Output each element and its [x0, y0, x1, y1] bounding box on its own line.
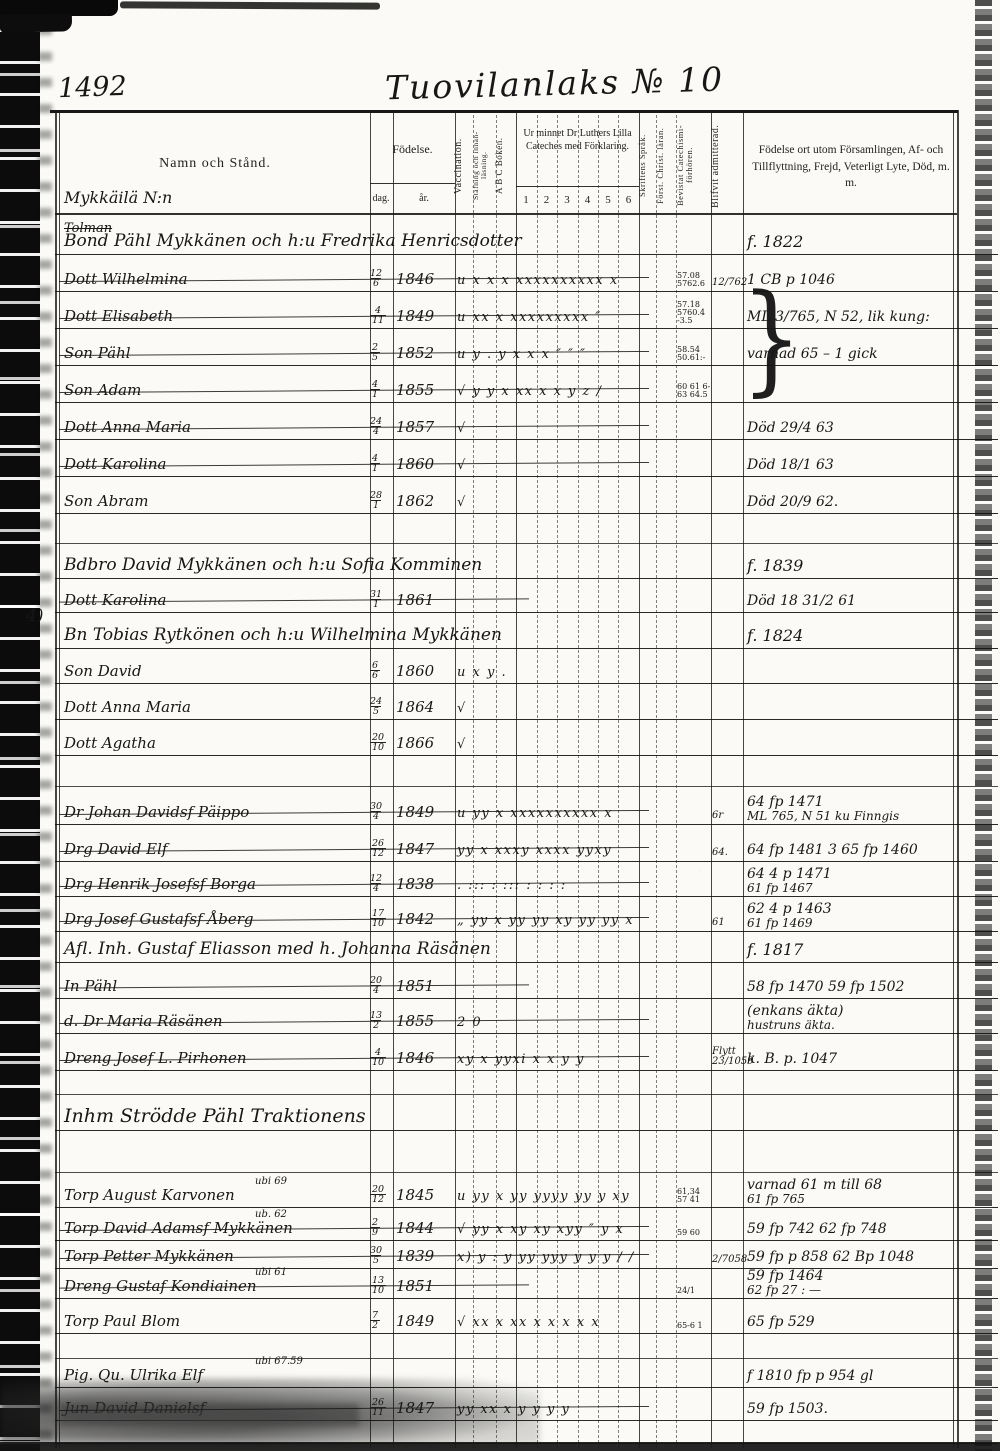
table-row: Dott Karolina411860√Död 18/1 63: [55, 439, 998, 477]
birth-day-cell: 2611: [370, 1388, 386, 1417]
birth-day-cell: 25: [370, 333, 380, 362]
birth-year-cell: 1849: [396, 307, 434, 325]
admitted-cell: 64.: [712, 848, 746, 858]
table-row: Dott Agatha20101866√: [55, 719, 998, 756]
person-name: Dott Agatha: [64, 734, 394, 752]
table-row: Dreng Gustaf Kondiainenubi 611310185124/…: [55, 1268, 998, 1299]
birth-year-cell: 1866: [396, 734, 434, 752]
blank-ruled-row: [55, 1420, 998, 1444]
header-christianity: Först. Christ. läran.: [656, 120, 676, 212]
examination-marks: „ yy x yy yy xy yy yy x: [457, 913, 642, 928]
catechism-attendance-numbers: 57.08 5762.6: [677, 272, 711, 288]
examination-marks: u yy x yy yyyy yy y xy: [457, 1189, 642, 1204]
remarks-cell-line2: 62 fp 27 : —: [747, 1283, 821, 1297]
birth-day-cell: 29: [370, 1208, 380, 1237]
birth-year-cell: 1862: [396, 492, 434, 510]
catechism-col-number: 1: [516, 194, 536, 206]
table-row: Dott Anna Maria2451864√: [55, 683, 998, 720]
birth-year-cell: 1860: [396, 662, 434, 680]
table-row: Son Abram2811862√Död 20/9 62.: [55, 476, 998, 514]
remarks-cell: 59 fp 1503.: [747, 1401, 828, 1417]
catechism-attendance-numbers: 58.54 50.61:-: [677, 346, 711, 362]
examination-marks: x) y : y yy yyy y y y / /: [457, 1250, 642, 1265]
table-row: Dott Wilhelmina1261846u x x x xxxxxxxxxx…: [55, 254, 998, 292]
examination-marks: u y . y x x x ″ ″ ″: [457, 347, 642, 362]
person-name: Bn Tobias Rytkönen och h:u Wilhelmina My…: [64, 625, 744, 645]
birth-day-cell: 304: [370, 792, 382, 821]
examination-marks: √ xx x xx x x x x x: [457, 1315, 642, 1330]
examination-marks: u x x x xxxxxxxxxx x: [457, 273, 642, 288]
examination-marks: √ yy x xy xy xyy ″ y x: [457, 1222, 642, 1237]
remarks-cell: 64 fp 1471: [747, 794, 824, 810]
binding-ragged-edge: [38, 0, 52, 1451]
village-heading: Mykkäilä N:n: [64, 188, 172, 207]
birth-year-cell: 1855: [396, 381, 434, 399]
blank-ruled-row: [55, 755, 998, 787]
remarks-cell: 62 4 p 1463: [747, 901, 832, 917]
table-row: In Pähl204185158 fp 1470 59 fp 1502: [55, 962, 998, 999]
table-top-border: [50, 110, 958, 113]
birth-year-cell: 1851: [396, 1277, 434, 1295]
table-row: Pig. Qu. Ulrika Elfubi 67.59f 1810 fp p …: [55, 1358, 998, 1388]
remarks-cell: varnad 61 m till 68: [747, 1177, 882, 1193]
examination-marks: yy xx x y y y y: [457, 1402, 642, 1417]
catechism-col-number: 5: [598, 194, 618, 206]
remarks-cell: Död 18/1 63: [747, 457, 834, 473]
examination-marks: u yy x xxxxxxxxxx x: [457, 806, 642, 821]
birth-day-cell: 204: [370, 966, 382, 995]
table-row: Dott Karolina3111861Död 18 31/2 61: [55, 578, 998, 613]
blank-ruled-row: [55, 513, 998, 544]
catechism-attendance-numbers: 61,34 57 41: [677, 1188, 711, 1204]
remarks-cell: k. B. p. 1047: [747, 1051, 837, 1067]
birth-year-cell: 1864: [396, 698, 434, 716]
table-row: Dott Anna Maria2441857√Död 29/4 63: [55, 402, 998, 440]
blank-ruled-row: [55, 1070, 998, 1095]
birth-day-cell: 2010: [370, 723, 386, 752]
page-number: 1492: [57, 71, 127, 104]
remarks-cell: 65 fp 529: [747, 1314, 815, 1330]
blank-ruled-row: [55, 1333, 998, 1359]
remarks-cell-line2: 61 fp 1467: [747, 881, 813, 895]
name-annotation: ubi 61: [255, 1267, 287, 1278]
table-row: Son Pähl251852u y . y x x x ″ ″ ″58.54 5…: [55, 328, 998, 366]
blank-ruled-row: [55, 1130, 998, 1173]
birth-day-cell: 124: [370, 864, 382, 893]
birth-year-cell: 1855: [396, 1012, 434, 1030]
name-annotation: ubi 67.59: [255, 1356, 303, 1367]
catechism-attendance-numbers: 24/1: [677, 1287, 711, 1295]
remarks-cell: Död 29/4 63: [747, 420, 834, 436]
table-row: Bdbro David Mykkänen och h:u Sofia Kommi…: [55, 543, 998, 579]
examination-marks: u x y .: [457, 665, 642, 680]
person-name: Torp Paul Blom: [64, 1312, 394, 1330]
header-script-language: Skriftens Språk.: [638, 120, 656, 212]
birth-day-cell: 281: [370, 481, 382, 510]
remarks-cell: 59 fp 1464: [747, 1268, 824, 1284]
remarks-cell: f. 1822: [747, 232, 803, 251]
remarks-cell: Död 20/9 62.: [747, 494, 838, 510]
examination-marks: √ y y x xx x x y z /: [457, 384, 642, 399]
remarks-cell: f. 1839: [747, 556, 803, 575]
person-name: Bdbro David Mykkänen och h:u Sofia Kommi…: [64, 555, 744, 575]
header-birth: Födelse.: [370, 142, 455, 157]
table-row: Torp Paul Blom721849√ xx x xx x x x x x6…: [55, 1298, 998, 1334]
birth-day-cell: 66: [370, 651, 380, 680]
remarks-cell: f. 1817: [747, 940, 803, 959]
header-notes-column: Födelse ort utom Församlingen, Af- och T…: [748, 142, 954, 192]
examination-marks: √: [457, 421, 642, 436]
examination-marks: yy x xxxy xxxx yyxy: [457, 843, 642, 858]
birth-year-cell: 1838: [396, 875, 434, 893]
table-row: Dreng Josef L. Pirhonen4101846xy x yyxi …: [55, 1033, 998, 1071]
catechism-attendance-numbers: 65-6 1: [677, 1322, 711, 1330]
birth-year-cell: 1849: [396, 1312, 434, 1330]
birth-day-cell: 245: [370, 687, 382, 716]
admitted-cell: Flytt 23/1059: [712, 1047, 746, 1067]
table-row: Drg Josef Gustafsf Åberg17101842„ yy x y…: [55, 896, 998, 932]
remarks-cell: (enkans äkta): [747, 1003, 844, 1019]
birth-year-cell: 1860: [396, 455, 434, 473]
birth-day-cell: 41: [370, 444, 380, 473]
person-name: Son Abram: [64, 492, 394, 510]
table-row: Torp David Adamsf Mykkänenub. 62291844√ …: [55, 1207, 998, 1241]
examination-marks: √: [457, 701, 642, 716]
birth-day-cell: 411: [370, 296, 386, 325]
birth-year-cell: 1842: [396, 910, 434, 928]
table-row: Drg David Elf26121847yy x xxxy xxxx yyxy…: [55, 824, 998, 862]
birth-day-cell: 72: [370, 1301, 380, 1330]
catechism-attendance-numbers: 57.18 5760.4 -3.5: [677, 301, 711, 325]
examination-marks: 2 0: [457, 1015, 642, 1030]
catechism-attendance-numbers: 60 61 6- 63 64.5: [677, 383, 711, 399]
header-birth-day: dag.: [368, 193, 394, 204]
section-heading-row: Inhm Strödde Pähl Traktionens: [55, 1094, 998, 1131]
table-row: Dott Elisabeth4111849u xx x xxxxxxxxx ″5…: [55, 291, 998, 329]
birth-day-cell: 305: [370, 1236, 382, 1265]
table-row: Bn Tobias Rytkönen och h:u Wilhelmina My…: [55, 612, 998, 649]
birth-year-cell: 1847: [396, 1399, 434, 1417]
person-name: Dott Anna Maria: [64, 698, 394, 716]
table-row: Torp Petter Mykkänen3051839x) y : y yy y…: [55, 1240, 998, 1269]
birth-year-cell: 1846: [396, 270, 434, 288]
remarks-cell-line2: 61 fp 765: [747, 1192, 805, 1206]
birth-year-cell: 1852: [396, 344, 434, 362]
remarks-cell: 64 fp 1481 3 65 fp 1460: [747, 842, 918, 858]
birth-year-cell: 1851: [396, 977, 434, 995]
admitted-cell: 2/7058: [712, 1255, 746, 1265]
header-admitted: Blifvit admitterad.: [711, 120, 743, 212]
catechism-col-number: 3: [557, 194, 577, 206]
table-row: d. Dr Maria Räsänen13218552 0(enkans äkt…: [55, 998, 998, 1034]
header-attended-examinations: Bevistat Catechismi- förhören.: [676, 118, 711, 213]
birth-year-cell: 1849: [396, 803, 434, 821]
remarks-cell: 58 fp 1470 59 fp 1502: [747, 979, 904, 995]
birth-day-cell: 311: [370, 580, 382, 609]
table-row: Son David661860u x y .: [55, 648, 998, 684]
name-annotation: ubi 69: [255, 1176, 287, 1187]
header-name-column: Namn och Stånd.: [80, 156, 350, 172]
person-name: Torp August Karvonen: [64, 1186, 394, 1204]
birth-year-cell: 1839: [396, 1247, 434, 1265]
scan-ink-blob: [120, 1, 380, 9]
remarks-cell: 64 4 p 1471: [747, 866, 832, 882]
birth-day-cell: 132: [370, 1001, 382, 1030]
table-row: Jun David Danielsf26111847yy xx x y y y …: [55, 1387, 998, 1421]
remarks-cell: 1 CB p 1046: [747, 272, 835, 288]
examination-marks: u xx x xxxxxxxxx ″: [457, 310, 642, 325]
birth-day-cell: 126: [370, 259, 382, 288]
birth-day-cell: 2612: [370, 829, 386, 858]
admitted-cell: 12/762: [712, 278, 746, 288]
person-name: Son David: [64, 662, 394, 680]
margin-note: 4): [26, 606, 43, 626]
birth-day-cell: 410: [370, 1038, 386, 1067]
admitted-cell: 6r: [712, 811, 746, 821]
remarks-cell-line2: hustruns äkta.: [747, 1018, 835, 1032]
scan-ink-blob: [0, 13, 72, 32]
birth-day-cell: 1710: [370, 899, 386, 928]
remarks-cell: f. 1824: [747, 626, 803, 645]
header-abc-book: A B C Boken.: [495, 120, 516, 212]
remarks-cell: 59 fp 742 62 fp 748: [747, 1221, 887, 1237]
table-row: Dr Johan Davidsf Päippo3041849u yy x xxx…: [55, 786, 998, 825]
remarks-cell: f 1810 fp p 954 gl: [747, 1368, 873, 1384]
examination-marks: √: [457, 737, 642, 752]
table-row: Afl. Inh. Gustaf Eliasson med h. Johanna…: [55, 931, 998, 963]
birth-day-cell: 244: [370, 407, 382, 436]
catechism-col-number: 6: [619, 194, 639, 206]
section-heading: Inhm Strödde Pähl Traktionens: [64, 1105, 744, 1127]
table-row: Bond Pähl Mykkänen och h:u Fredrika Henr…: [55, 216, 998, 255]
catechism-attendance-numbers: 59 60: [677, 1229, 711, 1237]
birth-year-cell: 1861: [396, 591, 434, 609]
remarks-cell-line2: 61 fp 1469: [747, 916, 813, 930]
name-annotation: ub. 62: [255, 1209, 287, 1220]
remarks-cell-line2: ML 765, N 51 ku Finngis: [747, 809, 899, 823]
person-name: Pig. Qu. Ulrika Elf: [64, 1366, 394, 1384]
remarks-cell: varnad 65 – 1 gick: [747, 346, 878, 362]
birth-year-cell: 1846: [396, 1049, 434, 1067]
table-row: Torp August Karvonenubi 6920121845u yy x…: [55, 1172, 998, 1208]
birth-year-cell: 1845: [396, 1186, 434, 1204]
table-row: Drg Henrik Josefsf Borga1241838. ::: : :…: [55, 861, 998, 897]
header-bottom-rule: [55, 213, 957, 215]
catechism-col-number: 4: [578, 194, 598, 206]
examination-marks: √: [457, 495, 642, 510]
birth-split-rule: [370, 183, 455, 184]
examination-marks: . ::: : ::: : : : :: [457, 878, 642, 893]
catechism-col-number: 2: [537, 194, 557, 206]
page-title: Tuovilanlaks № 10: [385, 60, 725, 108]
remarks-cell: Död 18 31/2 61: [747, 593, 856, 609]
birth-day-cell: 2012: [370, 1175, 386, 1204]
birth-day-cell: 1310: [370, 1266, 386, 1295]
crossed-out-name: Tolman: [64, 221, 112, 236]
birth-day-cell: 41: [370, 370, 380, 399]
birth-year-cell: 1847: [396, 840, 434, 858]
scanned-parish-register-page: 1492 Tuovilanlaks № 10 4) Namn och Stånd…: [0, 0, 1000, 1451]
book-binding-shadow: [0, 0, 40, 1451]
remarks-cell: ML 3/765, N 52, lik kung:: [747, 309, 930, 325]
table-row: Son Adam411855√ y y x xx x x y z /60 61 …: [55, 365, 998, 403]
examination-marks: √: [457, 458, 642, 473]
admitted-cell: 61: [712, 918, 746, 928]
header-reading: Stafning och innan- läsning.: [472, 118, 496, 213]
person-name: Bond Pähl Mykkänen och h:u Fredrika Henr…: [64, 231, 744, 251]
header-birth-year: år.: [393, 193, 455, 204]
birth-year-cell: 1844: [396, 1219, 434, 1237]
birth-year-cell: 1857: [396, 418, 434, 436]
remarks-cell: 59 fp p 858 62 Bp 1048: [747, 1249, 914, 1265]
examination-marks: xy x yyxi x x y y: [457, 1052, 642, 1067]
person-name: Afl. Inh. Gustaf Eliasson med h. Johanna…: [64, 939, 744, 959]
